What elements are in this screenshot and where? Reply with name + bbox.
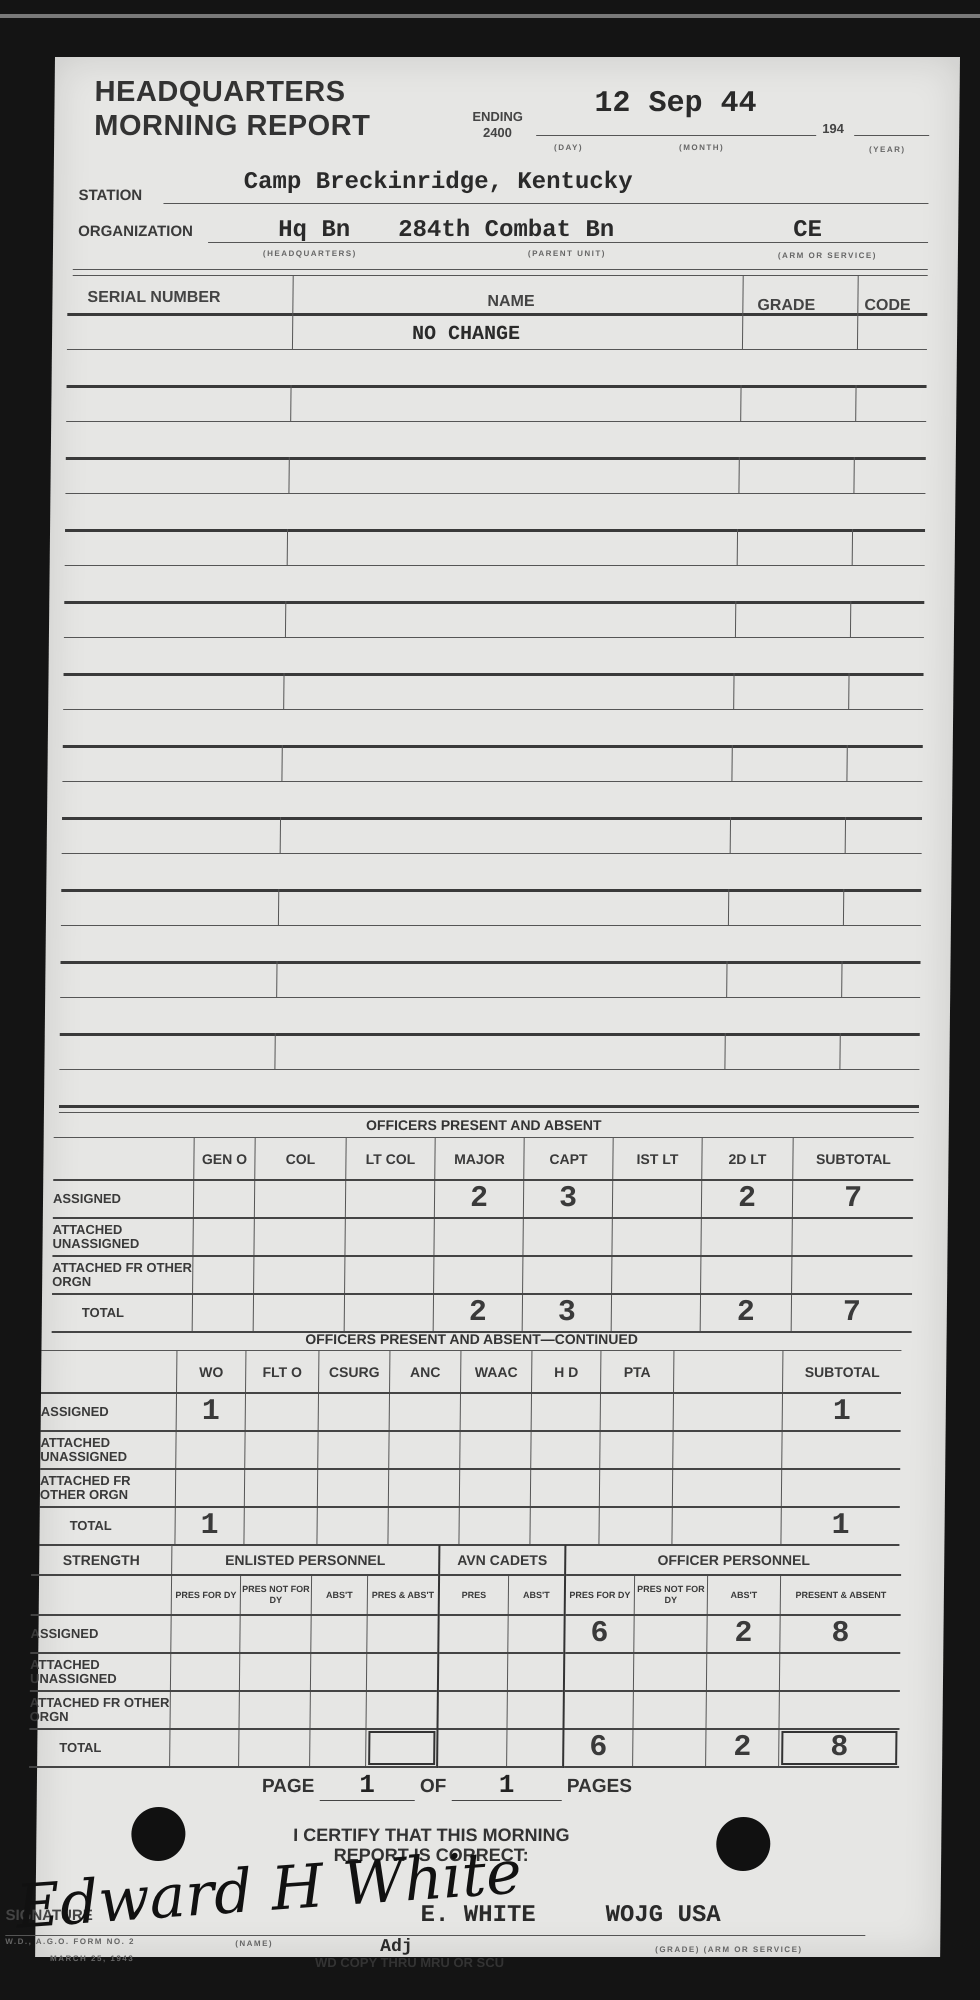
film-edge-strip <box>0 14 980 18</box>
col-col: COL <box>255 1138 346 1180</box>
cell: 1 <box>781 1507 900 1545</box>
cell: 2 <box>701 1180 792 1218</box>
strength-row-assigned: ASSIGNED 6 2 8 <box>30 1615 900 1653</box>
page-label: PAGE <box>262 1776 315 1797</box>
officers-row-total: TOTAL 2 3 2 7 <box>52 1294 912 1332</box>
row-label: ATTACHED FR OTHER ORGN <box>52 1256 193 1294</box>
cell <box>345 1180 434 1218</box>
total-pages: 1 <box>451 1770 561 1801</box>
binder-hole-right <box>716 1817 771 1871</box>
typed-name: E. WHITE <box>420 1902 536 1929</box>
year-prefix: 194 <box>822 121 844 136</box>
row-label: ATTACHED FR OTHER ORGN <box>40 1469 176 1507</box>
col-subtotal: SUBTOTAL <box>783 1351 902 1393</box>
cell: 2 <box>433 1294 522 1332</box>
cell: 2 <box>707 1615 780 1653</box>
officers-table: GEN O COL LT COL MAJOR CAPT IST LT 2D LT… <box>52 1138 914 1333</box>
organization-arm-service-value: CE <box>793 217 822 244</box>
organization-label: ORGANIZATION <box>78 223 193 240</box>
cell <box>192 1294 253 1332</box>
col-avn-pres: PRES <box>439 1575 509 1615</box>
continued-row-attached-unassigned: ATTACHED UNASSIGNED <box>40 1431 900 1469</box>
cell: 1 <box>175 1507 244 1545</box>
continued-row-total: TOTAL 1 1 <box>39 1507 899 1545</box>
cell: 6 <box>564 1615 634 1653</box>
row-label: ATTACHED FR OTHER ORGN <box>29 1691 170 1729</box>
col-blank <box>674 1351 783 1393</box>
form-title: HEADQUARTERS MORNING REPORT <box>94 75 371 143</box>
cell: 8 <box>780 1615 901 1653</box>
cell <box>253 1294 344 1332</box>
officers-continued-title: OFFICERS PRESENT AND ABSENT—CONTINUED <box>41 1331 901 1347</box>
col-off-pres-for-dy: PRES FOR DY <box>565 1575 635 1615</box>
adjutant-title: Adj <box>380 1937 413 1957</box>
col-wo: WO <box>177 1351 246 1393</box>
col-capt: CAPT <box>524 1138 613 1180</box>
column-header-serial-number: SERIAL NUMBER <box>87 289 220 307</box>
row-label: ASSIGNED <box>41 1393 177 1431</box>
col-enl-pres-for-dy: PRES FOR DY <box>171 1575 240 1615</box>
strength-row-attached-unassigned: ATTACHED UNASSIGNED <box>30 1653 900 1691</box>
row-label: ASSIGNED <box>53 1180 194 1218</box>
grade-caption: (GRADE) (ARM OR SERVICE) <box>655 1945 803 1954</box>
report-date: 12 Sep 44 <box>594 87 756 121</box>
arm-service-caption: (ARM OR SERVICE) <box>778 251 877 260</box>
cell <box>612 1180 701 1218</box>
organization-parent-unit-value: 284th Combat Bn <box>398 217 614 244</box>
col-subtotal: SUBTOTAL <box>793 1138 914 1180</box>
cell: 8 <box>779 1729 900 1767</box>
strength-row-total: TOTAL 6 2 8 <box>29 1729 899 1767</box>
col-off-present-absent: PRESENT & ABSENT <box>780 1575 901 1615</box>
organization-hq-value: Hq Bn <box>278 217 350 244</box>
parent-unit-caption: (PARENT UNIT) <box>528 249 606 258</box>
column-header-name: NAME <box>487 293 534 311</box>
officers-row-attached-other-orgn: ATTACHED FR OTHER ORGN <box>52 1256 912 1294</box>
col-off-pres-not-for-dy: PRES NOT FOR DY <box>634 1575 707 1615</box>
title-morning-report: MORNING REPORT <box>94 109 370 143</box>
col-enl-abst: ABS'T <box>311 1575 367 1615</box>
title-headquarters: HEADQUARTERS <box>94 75 370 109</box>
col-waac: WAAC <box>461 1351 532 1393</box>
officer-personnel-header: OFFICER PERSONNEL <box>565 1545 901 1575</box>
avn-cadets-header: AVN CADETS <box>439 1545 565 1575</box>
morning-report-form: HEADQUARTERS MORNING REPORT ENDING 2400 … <box>35 57 960 1957</box>
distribution-note: WD COPY THRU MRU OR SCU <box>315 1955 504 1970</box>
pagination: PAGE 1 OF 1 PAGES <box>262 1770 632 1801</box>
strength-header: STRENGTH <box>31 1545 172 1575</box>
row-label: TOTAL <box>29 1729 170 1767</box>
strength-table: STRENGTH ENLISTED PERSONNEL AVN CADETS O… <box>29 1545 901 1768</box>
col-avn-abst: ABS'T <box>508 1575 565 1615</box>
row-label: ATTACHED UNASSIGNED <box>30 1653 171 1691</box>
ending-text: ENDING <box>472 109 523 125</box>
officers-row-assigned: ASSIGNED 2 3 2 7 <box>53 1180 913 1218</box>
day-caption: (DAY) <box>554 143 583 152</box>
strength-row-attached-other-orgn: ATTACHED FR OTHER ORGN <box>29 1691 899 1729</box>
officers-table-title: OFFICERS PRESENT AND ABSENT <box>54 1117 914 1133</box>
page-number: 1 <box>319 1770 414 1801</box>
col-pta: PTA <box>601 1351 674 1393</box>
grade-service: WOJG USA <box>605 1902 721 1929</box>
continued-row-attached-other-orgn: ATTACHED FR OTHER ORGN <box>40 1469 900 1507</box>
col-major: MAJOR <box>435 1138 524 1180</box>
row-label: TOTAL <box>52 1294 193 1332</box>
name-caption: (NAME) <box>235 1939 273 1948</box>
headquarters-caption: (HEADQUARTERS) <box>263 249 357 258</box>
cell: 1 <box>782 1393 901 1431</box>
form-date: MARCH 25, 1943 <box>50 1954 134 1963</box>
cell <box>344 1294 433 1332</box>
row-label: ATTACHED UNASSIGNED <box>52 1218 193 1256</box>
row-label: ASSIGNED <box>30 1615 171 1653</box>
month-caption: (MONTH) <box>679 143 724 152</box>
col-2d-lt: 2D LT <box>702 1138 793 1180</box>
col-off-abst: ABS'T <box>707 1575 780 1615</box>
officers-continued-table: WO FLT O CSURG ANC WAAC H D PTA SUBTOTAL… <box>39 1351 901 1546</box>
ending-label: ENDING 2400 <box>472 109 523 141</box>
certification-line-1: I CERTIFY THAT THIS MORNING <box>221 1825 641 1845</box>
col-enl-pres-abst: PRES & ABS'T <box>367 1575 439 1615</box>
cell: 2 <box>434 1180 523 1218</box>
pages-label: PAGES <box>567 1776 632 1797</box>
officers-row-attached-unassigned: ATTACHED UNASSIGNED <box>52 1218 912 1256</box>
form-number: W.D., A.G.O. FORM NO. 2 <box>5 1937 135 1946</box>
cell <box>193 1180 254 1218</box>
cell: 3 <box>523 1180 612 1218</box>
col-hd: H D <box>532 1351 601 1393</box>
col-flt-o: FLT O <box>246 1351 319 1393</box>
cell <box>254 1180 345 1218</box>
cell: 7 <box>792 1180 913 1218</box>
col-anc: ANC <box>390 1351 461 1393</box>
cell <box>611 1294 700 1332</box>
of-label: OF <box>420 1776 447 1797</box>
station-value: Camp Breckinridge, Kentucky <box>244 169 633 196</box>
cell: 7 <box>791 1294 912 1332</box>
col-1st-lt: IST LT <box>613 1138 702 1180</box>
station-label: STATION <box>78 187 142 204</box>
continued-row-assigned: ASSIGNED 1 1 <box>41 1393 901 1431</box>
enlisted-personnel-header: ENLISTED PERSONNEL <box>172 1545 440 1575</box>
col-csurg: CSURG <box>319 1351 390 1393</box>
cell: 3 <box>522 1294 611 1332</box>
row-label: TOTAL <box>39 1507 175 1545</box>
ending-time: 2400 <box>472 125 523 141</box>
col-enl-pres-not-for-dy: PRES NOT FOR DY <box>240 1575 311 1615</box>
cell: 2 <box>706 1729 779 1767</box>
cell: 2 <box>700 1294 791 1332</box>
col-lt-col: LT COL <box>346 1138 435 1180</box>
cell: 6 <box>563 1729 633 1767</box>
binder-hole-left <box>131 1807 186 1861</box>
col-gen-o: GEN O <box>194 1138 255 1180</box>
cell: 1 <box>176 1393 245 1431</box>
year-caption: (YEAR) <box>869 145 906 154</box>
roster-name: NO CHANGE <box>412 323 520 346</box>
row-label: ATTACHED UNASSIGNED <box>40 1431 176 1469</box>
